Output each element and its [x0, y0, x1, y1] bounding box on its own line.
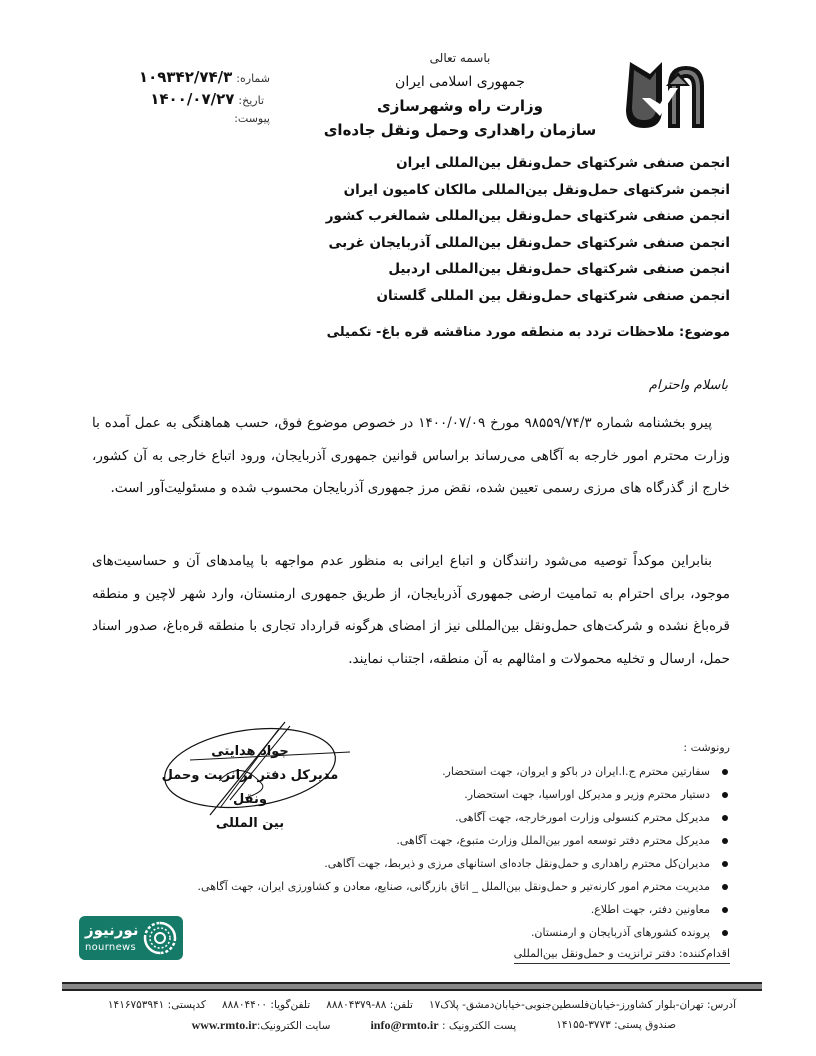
watermark-en: nournews: [85, 942, 136, 953]
bullet-icon: [722, 907, 728, 913]
nournews-watermark: نورنیوز nournews: [79, 916, 183, 960]
ministry-name: وزارت راه وشهرسازی: [300, 94, 620, 118]
cc-list: رونوشت : سفارتین محترم ج.ا.ایران در باکو…: [190, 738, 730, 964]
recipient: انجمن صنفی شرکتهای حمل‌ونقل بین‌المللی ش…: [270, 203, 730, 230]
footer-row-address: آدرس: تهران-بلوار کشاورز-خیابان‌فلسطین‌ج…: [100, 995, 736, 1015]
footer-website-label: سایت الکترونیک:: [257, 1020, 331, 1032]
subject-line: موضوع: ملاحظات تردد به منطقه مورد مناقشه…: [230, 325, 730, 340]
cc-item: مدیریت محترم امور کارنه‌تیر و حمل‌ونقل ب…: [190, 875, 730, 898]
cc-item: مدیرکل محترم دفتر توسعه امور بین‌الملل و…: [190, 829, 730, 852]
footer-phone: تلفن: ۸۸-۸۸۸۰۴۳۷۹: [326, 995, 413, 1015]
body-paragraph-2: بنابراین موکداً توصیه می‌شود رانندگان و …: [92, 545, 730, 675]
footer-email[interactable]: info@rmto.ir: [370, 1018, 438, 1032]
attachment-label: پیوست:: [234, 112, 270, 125]
footer-website[interactable]: www.rmto.ir: [192, 1018, 257, 1032]
letter-meta: شماره: ۱۰۹۳۴۲/۷۴/۳ تاریخ: ۱۴۰۰/۰۷/۲۷ پیو…: [90, 68, 270, 134]
recipient: انجمن صنفی شرکتهای حمل‌ونقل بین‌المللی آ…: [270, 230, 730, 257]
footer-voice-phone: تلفن‌گویا: ۸۸۸۰۴۴۰۰: [222, 995, 310, 1015]
footer-email-label: پست الکترونیک :: [442, 1020, 516, 1032]
cc-item: پرونده کشورهای آذربایجان و ارمنستان.: [190, 921, 730, 944]
date-value: ۱۴۰۰/۰۷/۲۷: [150, 90, 234, 108]
footer: آدرس: تهران-بلوار کشاورز-خیابان‌فلسطین‌ج…: [100, 995, 736, 1036]
bullet-icon: [722, 930, 728, 936]
nournews-swirl-icon: [143, 921, 177, 955]
bullet-icon: [722, 838, 728, 844]
footer-row-contact: صندوق پستی: ۳۷۷۳-۱۴۱۵۵ پست الکترونیک : i…: [100, 1015, 736, 1036]
recipient: انجمن شرکتهای حمل‌ونقل بین‌المللی مالکان…: [270, 177, 730, 204]
rmto-logo-icon: [612, 48, 718, 136]
bullet-icon: [722, 792, 728, 798]
bullet-icon: [722, 861, 728, 867]
recipient: انجمن صنفی شرکتهای حمل‌ونقل بین‌المللی ا…: [270, 150, 730, 177]
letterhead: باسمه تعالی جمهوری اسلامی ایران وزارت را…: [300, 46, 620, 142]
bullet-icon: [722, 815, 728, 821]
footer-address: آدرس: تهران-بلوار کشاورز-خیابان‌فلسطین‌ج…: [429, 995, 736, 1015]
republic-name: جمهوری اسلامی ایران: [300, 70, 620, 94]
greeting: باسلام واحترام: [649, 378, 728, 393]
bullet-icon: [722, 769, 728, 775]
bismillah: باسمه تعالی: [300, 46, 620, 70]
cc-item: دستیار محترم وزیر و مدیرکل اوراسیا، جهت …: [190, 783, 730, 806]
footer-po-box: صندوق پستی: ۳۷۷۳-۱۴۱۵۵: [556, 1015, 676, 1036]
bullet-icon: [722, 884, 728, 890]
number-value: ۱۰۹۳۴۲/۷۴/۳: [139, 68, 232, 86]
body-paragraph-1: پیرو بخشنامه شماره ۹۸۵۵۹/۷۴/۳ مورخ ۱۴۰۰/…: [92, 407, 730, 505]
recipient: انجمن صنفی شرکتهای حمل‌ونقل بین‌المللی ا…: [270, 256, 730, 283]
cc-item: سفارتین محترم ج.ا.ایران در باکو و ایروان…: [190, 760, 730, 783]
number-label: شماره:: [236, 72, 270, 85]
footer-website-group: سایت الکترونیک:www.rmto.ir: [192, 1015, 331, 1036]
organization-name: سازمان راهداری وحمل ونقل جاده‌ای: [300, 118, 620, 142]
cc-item: مدیرکل محترم کنسولی وزارت امورخارجه، جهت…: [190, 806, 730, 829]
cc-title: رونوشت :: [190, 738, 730, 758]
letter-attachment: پیوست:: [90, 112, 270, 134]
footer-email-group: پست الکترونیک : info@rmto.ir: [370, 1015, 516, 1036]
footer-divider: [62, 982, 762, 991]
watermark-fa: نورنیوز: [85, 921, 138, 939]
letter-date: تاریخ: ۱۴۰۰/۰۷/۲۷: [90, 90, 270, 112]
action-by: اقدام‌کننده: دفتر ترانزیت و حمل‌ونقل بین…: [514, 945, 730, 964]
cc-item: مدیران‌کل محترم راهداری و حمل‌ونقل جاده‌…: [190, 852, 730, 875]
footer-postal-code: کدپستی: ۱۴۱۶۷۵۳۹۴۱: [108, 995, 206, 1015]
recipient: انجمن صنفی شرکتهای حمل‌ونقل بین المللی گ…: [270, 283, 730, 310]
letter-number: شماره: ۱۰۹۳۴۲/۷۴/۳: [90, 68, 270, 90]
date-label: تاریخ:: [238, 94, 264, 107]
cc-item: معاونین دفتر، جهت اطلاع.: [190, 898, 730, 921]
recipients-list: انجمن صنفی شرکتهای حمل‌ونقل بین‌المللی ا…: [270, 150, 730, 309]
